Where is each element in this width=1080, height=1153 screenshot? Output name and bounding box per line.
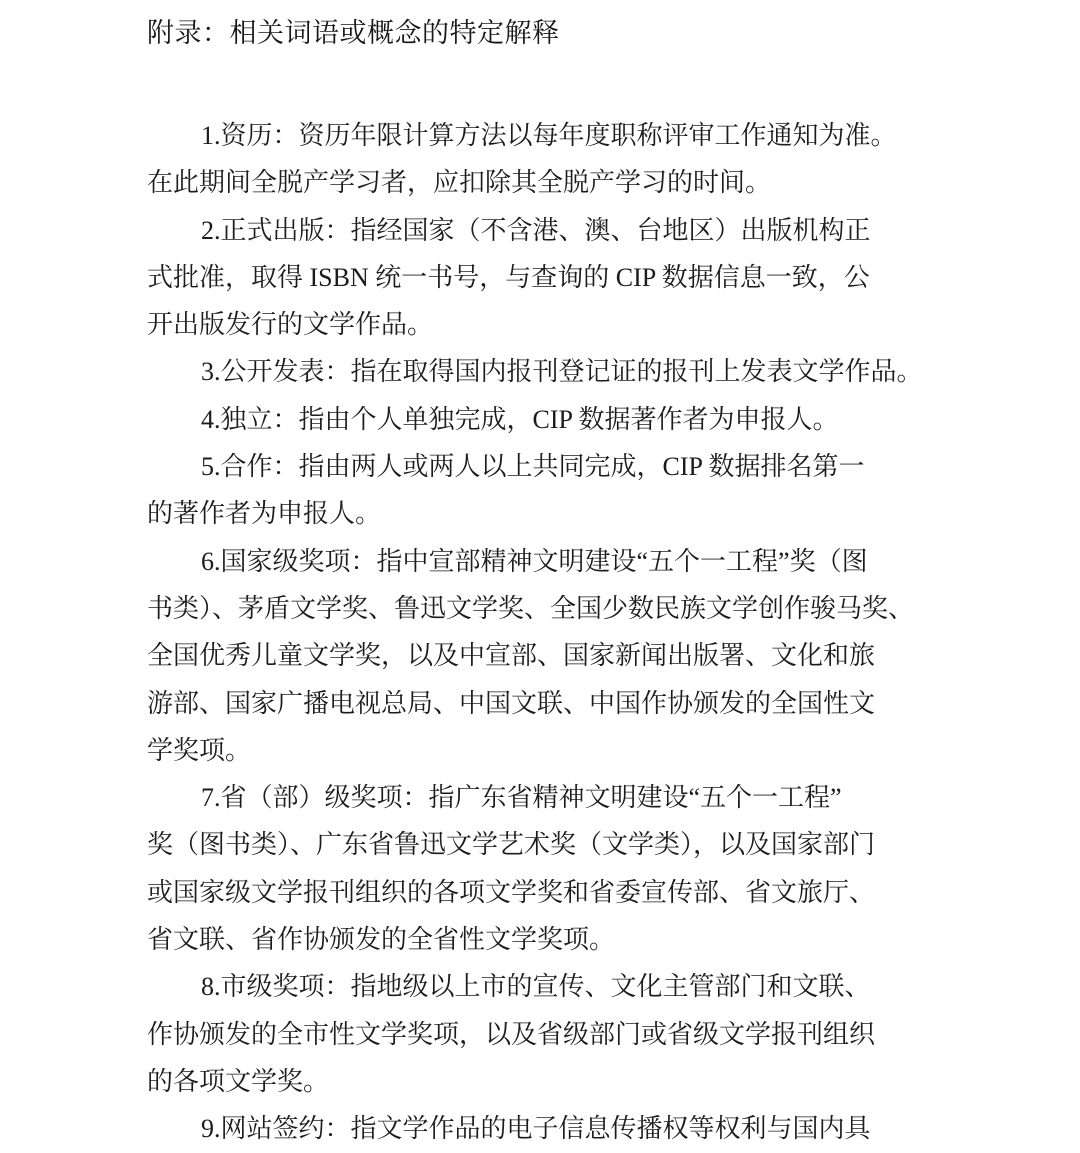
definition-7-line-1: 7.省（部）级奖项：指广东省精神文明建设“五个一工程” bbox=[147, 774, 947, 821]
definitions-body: 1.资历：资历年限计算方法以每年度职称评审工作通知为准。 在此期间全脱产学习者，… bbox=[147, 112, 947, 1153]
definition-2-line-1: 2.正式出版：指经国家（不含港、澳、台地区）出版机构正 bbox=[147, 207, 947, 254]
definition-7-line-2: 奖（图书类）、广东省鲁迅文学艺术奖（文学类），以及国家部门 bbox=[147, 821, 947, 868]
definition-4-line-1: 4.独立：指由个人单独完成，CIP 数据著作者为申报人。 bbox=[147, 396, 947, 443]
definition-6-line-3: 全国优秀儿童文学奖，以及中宣部、国家新闻出版署、文化和旅 bbox=[147, 632, 947, 679]
definition-2-line-2: 式批准，取得 ISBN 统一书号，与查询的 CIP 数据信息一致，公 bbox=[147, 254, 947, 301]
definition-5-line-2: 的著作者为申报人。 bbox=[147, 490, 947, 537]
definition-6-line-4: 游部、国家广播电视总局、中国文联、中国作协颁发的全国性文 bbox=[147, 680, 947, 727]
definition-7-line-3: 或国家级文学报刊组织的各项文学奖和省委宣传部、省文旅厅、 bbox=[147, 869, 947, 916]
definition-5-line-1: 5.合作：指由两人或两人以上共同完成，CIP 数据排名第一 bbox=[147, 443, 947, 490]
definition-8-line-3: 的各项文学奖。 bbox=[147, 1058, 947, 1105]
definition-8-line-1: 8.市级奖项：指地级以上市的宣传、文化主管部门和文联、 bbox=[147, 963, 947, 1010]
definition-6-line-1: 6.国家级奖项：指中宣部精神文明建设“五个一工程”奖（图 bbox=[147, 538, 947, 585]
definition-2-line-3: 开出版发行的文学作品。 bbox=[147, 301, 947, 348]
definition-6-line-2: 书类）、茅盾文学奖、鲁迅文学奖、全国少数民族文学创作骏马奖、 bbox=[147, 585, 947, 632]
definition-1-line-2: 在此期间全脱产学习者，应扣除其全脱产学习的时间。 bbox=[147, 159, 947, 206]
appendix-title: 附录：相关词语或概念的特定解释 bbox=[147, 14, 560, 54]
definition-8-line-2: 作协颁发的全市性文学奖项，以及省级部门或省级文学报刊组织 bbox=[147, 1011, 947, 1058]
document-page: 附录：相关词语或概念的特定解释 1.资历：资历年限计算方法以每年度职称评审工作通… bbox=[0, 0, 1080, 1153]
definition-9-line-1: 9.网站签约：指文学作品的电子信息传播权等权利与国内具 bbox=[147, 1105, 947, 1152]
definition-7-line-4: 省文联、省作协颁发的全省性文学奖项。 bbox=[147, 916, 947, 963]
definition-6-line-5: 学奖项。 bbox=[147, 727, 947, 774]
definition-1-line-1: 1.资历：资历年限计算方法以每年度职称评审工作通知为准。 bbox=[147, 112, 947, 159]
definition-3-line-1: 3.公开发表：指在取得国内报刊登记证的报刊上发表文学作品。 bbox=[147, 348, 947, 395]
